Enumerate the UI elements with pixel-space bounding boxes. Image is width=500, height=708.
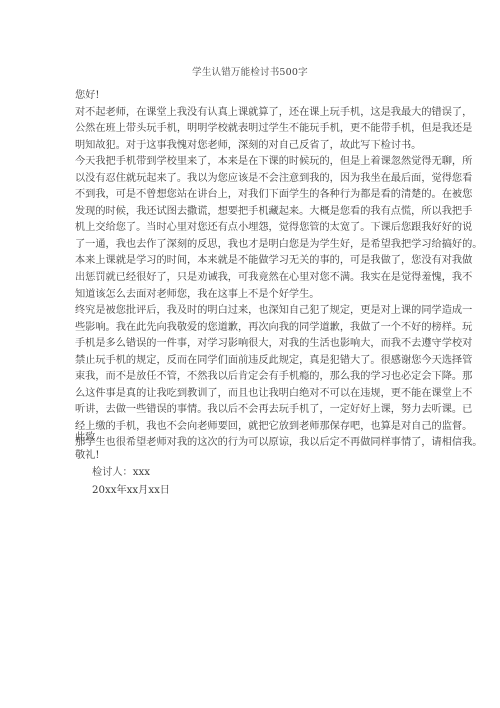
paragraph-line: 终究是被您批评后，我及时的明白过来，也深知自己犯了规定，更是对上课的同学造成一 <box>75 303 430 320</box>
paragraph-line: 今天我把手机带到学校里来了，本来是在下课的时候玩的，但是上着课忽然觉得无聊，所 <box>75 154 430 171</box>
document-body: 您好! 对不起老师，在课堂上我没有认真上课就算了，还在课上玩手机，这是我最大的错… <box>75 88 430 452</box>
paragraph-line: 对不起老师，在课堂上我没有认真上课就算了，还在课上玩手机，这是我最大的错误了， <box>75 105 430 122</box>
paragraph-line: 手机是多么错误的一件事，对学习影响很大，对我的生活也影响大，而我不去遵守学校对 <box>75 336 430 353</box>
paragraph-line: 禁止玩手机的规定，反而在同学们面前违反此规定，真是犯错大了。很感谢您今天选择管 <box>75 353 430 370</box>
paragraph-line: 机上交给您了。当时心里对您还有点小埋怨，觉得您管的太宽了。下课后您跟我好好的说 <box>75 220 430 237</box>
greeting: 您好! <box>75 88 430 105</box>
document-title: 学生认错万能检讨书500字 <box>0 64 500 78</box>
closing-line-1: 此致 <box>75 429 170 447</box>
paragraph-line: 束我，而不是放任不管，不然我以后肯定会有手机瘾的，那么我的学习也必定会下降。那 <box>75 369 430 386</box>
paragraph-line: 不到我，可是不曾想您站在讲台上，对我们下面学生的各种行为都是看的清楚的。在被您 <box>75 187 430 204</box>
document-page: 学生认错万能检讨书500字 您好! 对不起老师，在课堂上我没有认真上课就算了，还… <box>0 0 500 708</box>
paragraph-line: 本来上课就是学习的时间，本来就是不能做学习无关的事的，可是我做了，您没有对我做 <box>75 253 430 270</box>
paragraph-line: 知道该怎么去面对老师您，我在这事上不是个好学生。 <box>75 287 430 304</box>
paragraph-line: 些影响。我在此先向我敬爱的您道歉，再次向我的同学道歉，我做了一个不好的榜样。玩 <box>75 320 430 337</box>
closing-line-2: 敬礼! <box>75 447 170 465</box>
paragraph-line: 发现的时候，我还试图去撒谎，想要把手机藏起来。大概是您看的我有点慌，所以我把手 <box>75 204 430 221</box>
paragraph-line: 出惩罚就已经很好了，只是劝诫我，可我竟然在心里对您不满。我实在是觉得羞愧，我不 <box>75 270 430 287</box>
date: 20xx年xx月xx日 <box>75 482 170 500</box>
paragraph-line: 以没有忍住就玩起来了。我以为您应该是不会注意到我的，因为我坐在最后面，觉得您看 <box>75 171 430 188</box>
paragraph-line: 了一通，我也去作了深刻的反思，我也才是明白您是为学生好，是希望我把学习给搞好的。 <box>75 237 430 254</box>
paragraph-line: 么这件事是真的让我吃到教训了，而且也让我明白绝对不可以在违规，更不能在课堂上不 <box>75 386 430 403</box>
paragraph-line: 明知故犯。对于这事我愧对您老师，深刻的对自己反省了，故此写下检讨书。 <box>75 138 430 155</box>
signer: 检讨人：xxx <box>75 464 170 482</box>
closing-block: 此致 敬礼! 检讨人：xxx 20xx年xx月xx日 <box>75 429 170 499</box>
paragraph-line: 听讲，去做一些错误的事情。我以后不会再去玩手机了，一定好好上课，努力去听课。已 <box>75 402 430 419</box>
paragraph-line: 公然在班上带头玩手机，明明学校就表明过学生不能玩手机，更不能带手机，但是我还是 <box>75 121 430 138</box>
